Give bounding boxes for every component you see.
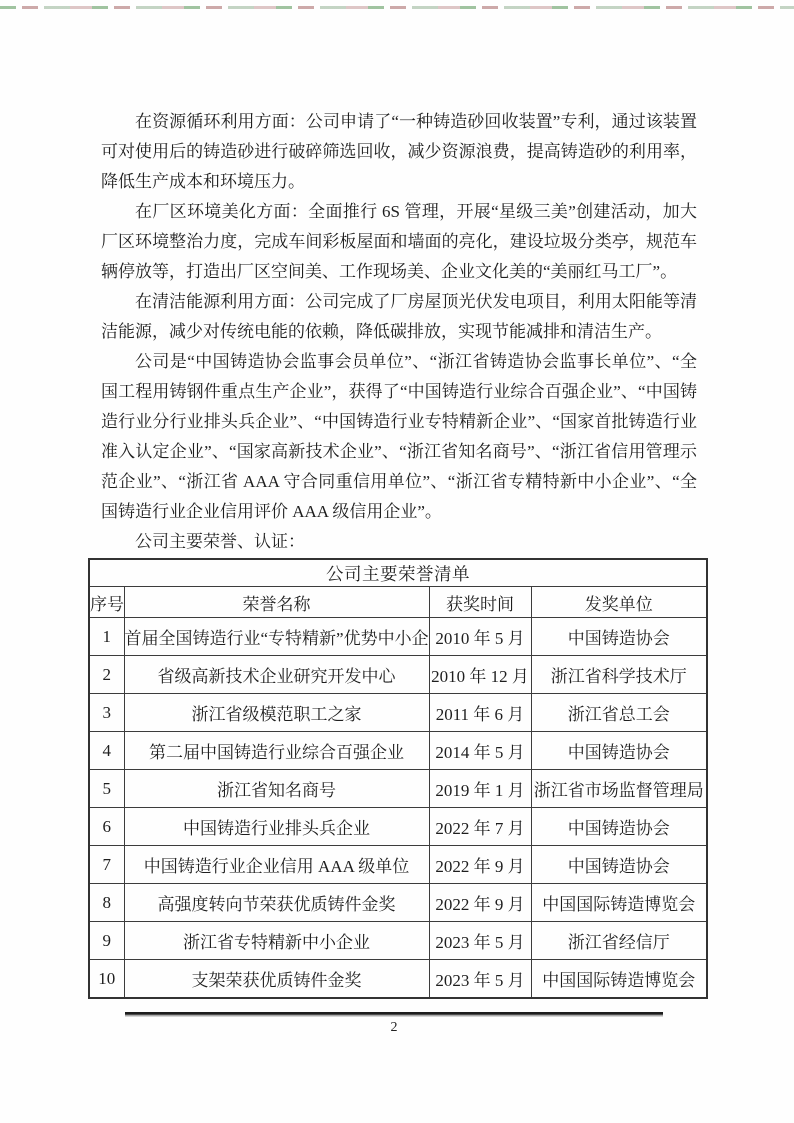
paragraph-resource-recycling: 在资源循环利用方面：公司申请了“一种铸造砂回收装置”专利，通过该装置可对使用后的… <box>101 107 697 197</box>
cell-award-unit: 中国铸造协会 <box>531 732 707 770</box>
table-row: 10 支架荣获优质铸件金奖 2023 年 5 月 中国国际铸造博览会 <box>89 960 707 999</box>
table-row: 9 浙江省专特精新中小企业 2023 年 5 月 浙江省经信厅 <box>89 922 707 960</box>
cell-award-unit: 中国铸造协会 <box>531 846 707 884</box>
cell-award-unit: 中国国际铸造博览会 <box>531 884 707 922</box>
table-header-row: 序号 荣誉名称 获奖时间 发奖单位 <box>89 587 707 618</box>
cell-award-unit: 浙江省经信厅 <box>531 922 707 960</box>
table-title: 公司主要荣誉清单 <box>89 559 707 587</box>
cell-serial: 1 <box>89 618 124 656</box>
table-row: 6 中国铸造行业排头兵企业 2022 年 7 月 中国铸造协会 <box>89 808 707 846</box>
cell-honor-name: 浙江省专特精新中小企业 <box>124 922 429 960</box>
cell-serial: 6 <box>89 808 124 846</box>
cell-serial: 7 <box>89 846 124 884</box>
honors-list-label: 公司主要荣誉、认证： <box>101 527 697 557</box>
table-row: 2 省级高新技术企业研究开发中心 2010 年 12 月 浙江省科学技术厅 <box>89 656 707 694</box>
table-title-row: 公司主要荣誉清单 <box>89 559 707 587</box>
cell-serial: 4 <box>89 732 124 770</box>
cell-award-date: 2014 年 5 月 <box>429 732 531 770</box>
cell-serial: 5 <box>89 770 124 808</box>
table-row: 4 第二届中国铸造行业综合百强企业 2014 年 5 月 中国铸造协会 <box>89 732 707 770</box>
cell-honor-name: 中国铸造行业排头兵企业 <box>124 808 429 846</box>
cell-serial: 2 <box>89 656 124 694</box>
table-row: 1 首届全国铸造行业“专特精新”优势中小企业 2010 年 5 月 中国铸造协会 <box>89 618 707 656</box>
paragraph-company-honors-summary: 公司是“中国铸造协会监事会员单位”、“浙江省铸造协会监事长单位”、“全国工程用铸… <box>101 347 697 527</box>
table-row: 5 浙江省知名商号 2019 年 1 月 浙江省市场监督管理局 <box>89 770 707 808</box>
cell-award-date: 2022 年 9 月 <box>429 846 531 884</box>
document-body: 在资源循环利用方面：公司申请了“一种铸造砂回收装置”专利，通过该装置可对使用后的… <box>101 107 697 557</box>
cell-award-date: 2010 年 12 月 <box>429 656 531 694</box>
cell-serial: 8 <box>89 884 124 922</box>
cell-award-unit: 中国铸造协会 <box>531 618 707 656</box>
cell-honor-name: 第二届中国铸造行业综合百强企业 <box>124 732 429 770</box>
footer-rule <box>125 1012 663 1017</box>
cell-honor-name: 省级高新技术企业研究开发中心 <box>124 656 429 694</box>
header-serial: 序号 <box>89 587 124 618</box>
cell-serial: 3 <box>89 694 124 732</box>
cell-award-unit: 中国铸造协会 <box>531 808 707 846</box>
cell-honor-name: 支架荣获优质铸件金奖 <box>124 960 429 999</box>
cell-award-unit: 浙江省科学技术厅 <box>531 656 707 694</box>
header-award-date: 获奖时间 <box>429 587 531 618</box>
header-award-unit: 发奖单位 <box>531 587 707 618</box>
cell-award-unit: 浙江省市场监督管理局 <box>531 770 707 808</box>
cell-award-date: 2011 年 6 月 <box>429 694 531 732</box>
page-number: 2 <box>125 1020 663 1036</box>
cell-honor-name: 中国铸造行业企业信用 AAA 级单位 <box>124 846 429 884</box>
cell-award-date: 2010 年 5 月 <box>429 618 531 656</box>
scan-artifact-line <box>0 6 794 9</box>
cell-honor-name: 首届全国铸造行业“专特精新”优势中小企业 <box>124 618 429 656</box>
cell-award-unit: 浙江省总工会 <box>531 694 707 732</box>
cell-honor-name: 浙江省级模范职工之家 <box>124 694 429 732</box>
table-row: 7 中国铸造行业企业信用 AAA 级单位 2022 年 9 月 中国铸造协会 <box>89 846 707 884</box>
cell-serial: 9 <box>89 922 124 960</box>
honors-table: 公司主要荣誉清单 序号 荣誉名称 获奖时间 发奖单位 1 首届全国铸造行业“专特… <box>88 558 708 999</box>
cell-honor-name: 浙江省知名商号 <box>124 770 429 808</box>
cell-award-date: 2019 年 1 月 <box>429 770 531 808</box>
cell-award-date: 2023 年 5 月 <box>429 960 531 999</box>
cell-award-date: 2022 年 7 月 <box>429 808 531 846</box>
cell-serial: 10 <box>89 960 124 999</box>
paragraph-clean-energy: 在清洁能源利用方面：公司完成了厂房屋顶光伏发电项目，利用太阳能等清洁能源，减少对… <box>101 287 697 347</box>
cell-award-date: 2023 年 5 月 <box>429 922 531 960</box>
cell-honor-name: 高强度转向节荣获优质铸件金奖 <box>124 884 429 922</box>
table-row: 8 高强度转向节荣获优质铸件金奖 2022 年 9 月 中国国际铸造博览会 <box>89 884 707 922</box>
table-row: 3 浙江省级模范职工之家 2011 年 6 月 浙江省总工会 <box>89 694 707 732</box>
header-honor-name: 荣誉名称 <box>124 587 429 618</box>
cell-award-unit: 中国国际铸造博览会 <box>531 960 707 999</box>
cell-award-date: 2022 年 9 月 <box>429 884 531 922</box>
paragraph-factory-beautification: 在厂区环境美化方面：全面推行 6S 管理，开展“星级三美”创建活动，加大厂区环境… <box>101 197 697 287</box>
